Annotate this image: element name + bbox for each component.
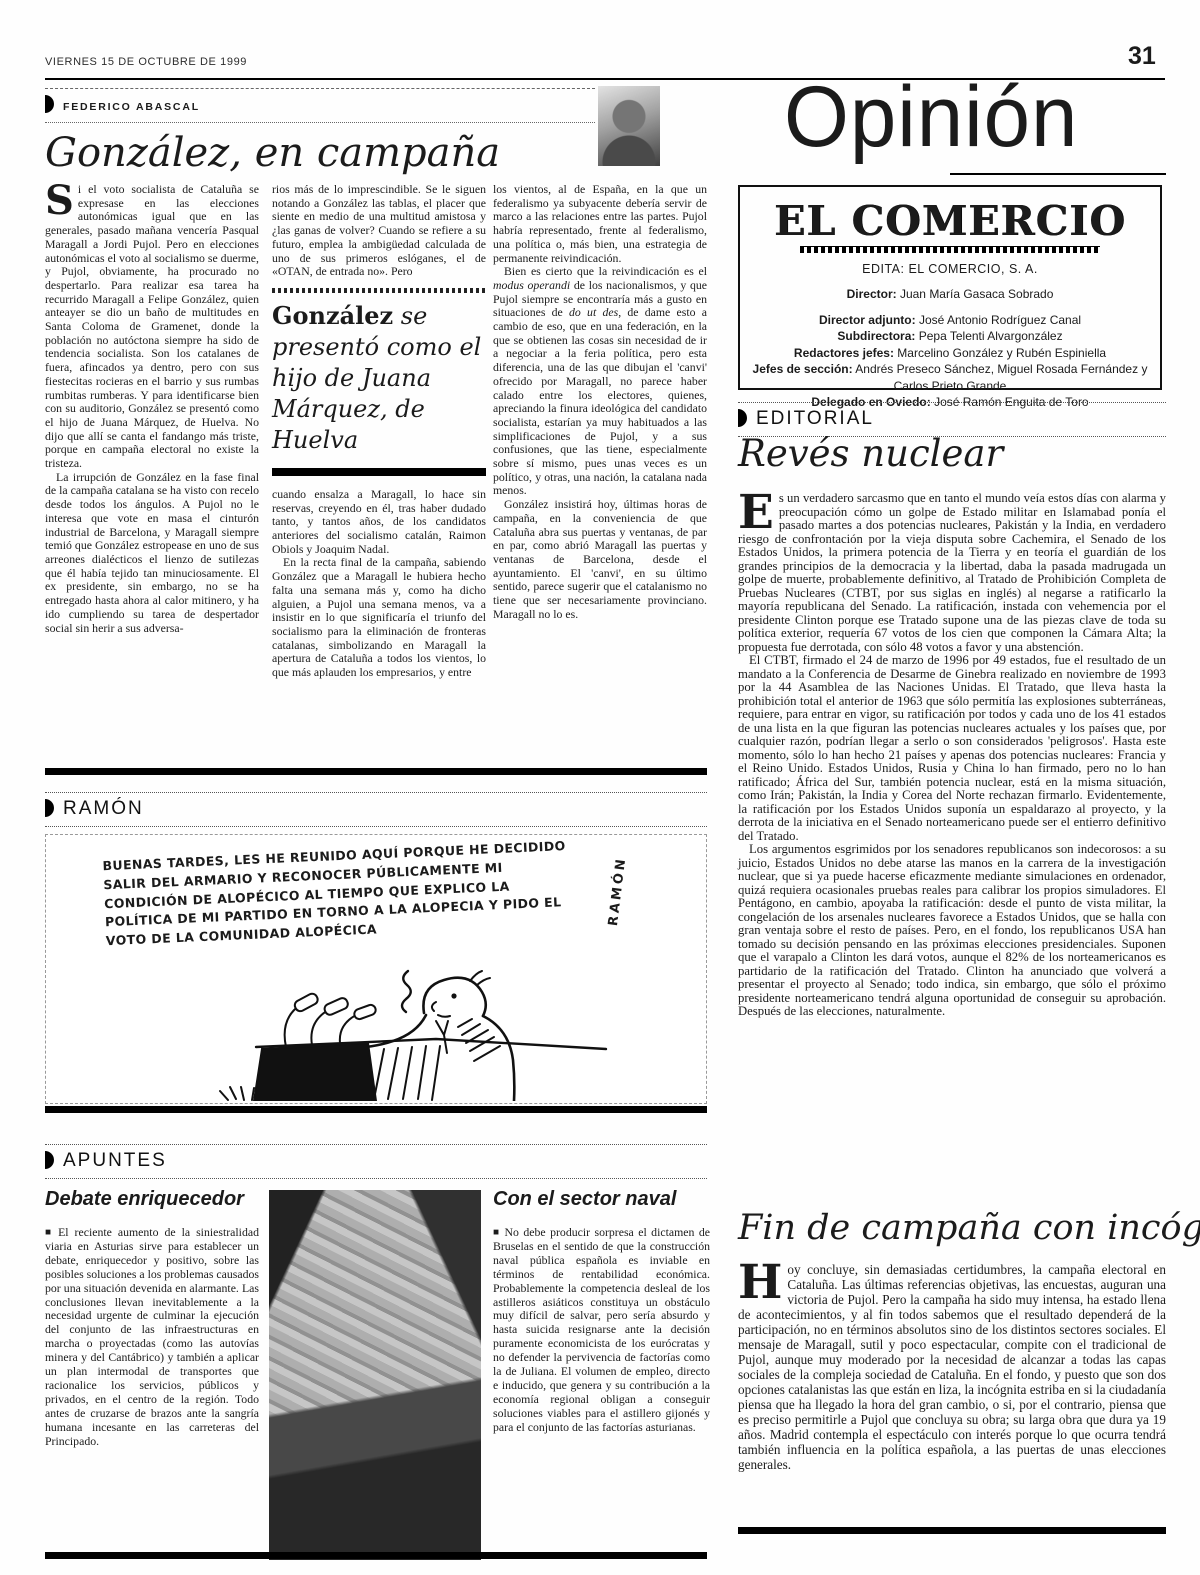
logo-ornament bbox=[800, 246, 1100, 253]
paragraph: Los argumentos esgrimidos por los senado… bbox=[738, 843, 1166, 1019]
apuntes-section-header: APUNTES bbox=[45, 1144, 707, 1179]
credit-line: Director: Juan María Gasaca Sobrado bbox=[740, 286, 1160, 303]
article-title: González, en campaña bbox=[45, 130, 500, 176]
bottom-rule-left bbox=[45, 1552, 707, 1559]
editorial-section-label: EDITORIAL bbox=[756, 408, 874, 429]
apuntes-left-text: ■El reciente aumento de la siniestralida… bbox=[45, 1226, 259, 1449]
byline-bar: Federico Abascal bbox=[45, 88, 595, 123]
apuntes-left-title: Debate enriquecedor bbox=[45, 1188, 244, 1211]
square-bullet-icon: ■ bbox=[493, 1227, 501, 1238]
masthead-box: EL COMERCIO EDITA: EL COMERCIO, S. A. Di… bbox=[738, 185, 1162, 390]
dropcap: H bbox=[738, 1262, 787, 1302]
ramon-section-header: RAMÓN bbox=[45, 792, 707, 827]
editorial-cartoon: BUENAS TARDES, LES HE REUNIDO AQUÍ PORQU… bbox=[45, 834, 707, 1104]
cartoon-speech-text: BUENAS TARDES, LES HE REUNIDO AQUÍ PORQU… bbox=[102, 837, 576, 951]
paragraph: Hoy concluye, sin demasiadas certidumbre… bbox=[738, 1262, 1166, 1472]
dropcap: E bbox=[738, 492, 779, 532]
editorial-title-2: Fin de campaña con incógnitas bbox=[738, 1208, 1200, 1248]
paragraph: rios más de lo imprescindible. Se le sig… bbox=[272, 183, 486, 279]
paragraph: La irrupción de González en la fase fina… bbox=[45, 471, 259, 635]
author-photo bbox=[598, 86, 660, 166]
paragraph: cuando ensalza a Maragall, lo hace sin r… bbox=[272, 488, 486, 557]
author-byline: Federico Abascal bbox=[63, 101, 200, 113]
editorial-body-1: Es un verdadero sarcasmo que en tanto el… bbox=[738, 492, 1166, 1019]
square-bullet-icon: ■ bbox=[45, 1227, 54, 1238]
paragraph: El CTBT, firmado el 24 de marzo de 1996 … bbox=[738, 654, 1166, 843]
credit-line: Subdirectora: Pepa Telenti Alvargonzález bbox=[740, 328, 1160, 345]
apuntes-right-title: Con el sector naval bbox=[493, 1188, 676, 1211]
credit-line: Jefes de sección: Andrés Preseco Sánchez… bbox=[740, 361, 1160, 394]
dropcap: S bbox=[45, 183, 78, 217]
apuntes-section-label: APUNTES bbox=[63, 1150, 167, 1171]
article-column-1: Si el voto socialista de Cataluña se exp… bbox=[45, 183, 259, 635]
editorial-title-1: Revés nuclear bbox=[738, 432, 1003, 475]
pullquote-rule bbox=[272, 468, 486, 476]
section-bullet-icon bbox=[45, 799, 54, 817]
section-divider-rule bbox=[45, 768, 707, 775]
ramon-section-label: RAMÓN bbox=[63, 798, 144, 819]
apuntes-right-text: ■No debe producir sorpresa el dictamen d… bbox=[493, 1226, 710, 1435]
paragraph: Si el voto socialista de Cataluña se exp… bbox=[45, 183, 259, 471]
dateline: VIERNES 15 DE OCTUBRE DE 1999 bbox=[45, 56, 247, 68]
cartoonist-signature: RAMÓN bbox=[606, 856, 629, 927]
opinion-section-title: Opinión bbox=[784, 68, 1078, 167]
paragraph: En la recta final de la campaña, sabiend… bbox=[272, 556, 486, 679]
paragraph: Es un verdadero sarcasmo que en tanto el… bbox=[738, 492, 1166, 654]
newspaper-page: VIERNES 15 DE OCTUBRE DE 1999 31 Federic… bbox=[0, 0, 1200, 1575]
pullquote-ornament bbox=[272, 288, 486, 293]
pullquote: González se presentó como el hijo de Jua… bbox=[272, 300, 486, 456]
credit-line: Redactores jefes: Marcelino González y R… bbox=[740, 345, 1160, 362]
paragraph: los vientos, al de España, en la que un … bbox=[493, 183, 707, 265]
publisher-line: EDITA: EL COMERCIO, S. A. bbox=[740, 262, 1160, 276]
paragraph: ■El reciente aumento de la siniestralida… bbox=[45, 1226, 259, 1449]
section-bullet-icon bbox=[738, 409, 747, 427]
article-column-2: rios más de lo imprescindible. Se le sig… bbox=[272, 183, 486, 680]
credit-line: Director adjunto: José Antonio Rodríguez… bbox=[740, 312, 1160, 329]
cartoon-drawing bbox=[136, 969, 616, 1101]
paragraph: González insistirá hoy, últimas horas de… bbox=[493, 498, 707, 621]
editorial-body-2: Hoy concluye, sin demasiadas certidumbre… bbox=[738, 1262, 1166, 1472]
apuntes-photo bbox=[269, 1190, 481, 1560]
paragraph: Bien es cierto que la reivindicación es … bbox=[493, 265, 707, 498]
article-column-3: los vientos, al de España, en la que un … bbox=[493, 183, 707, 622]
section-bullet-icon bbox=[45, 1151, 54, 1169]
section-bullet-icon bbox=[45, 95, 54, 113]
bottom-rule-right bbox=[738, 1527, 1166, 1534]
page-number: 31 bbox=[1128, 42, 1156, 71]
paragraph: ■No debe producir sorpresa el dictamen d… bbox=[493, 1226, 710, 1435]
newspaper-logo: EL COMERCIO bbox=[740, 197, 1160, 245]
opinion-underline bbox=[950, 173, 1166, 175]
section-divider-rule bbox=[45, 1106, 707, 1113]
